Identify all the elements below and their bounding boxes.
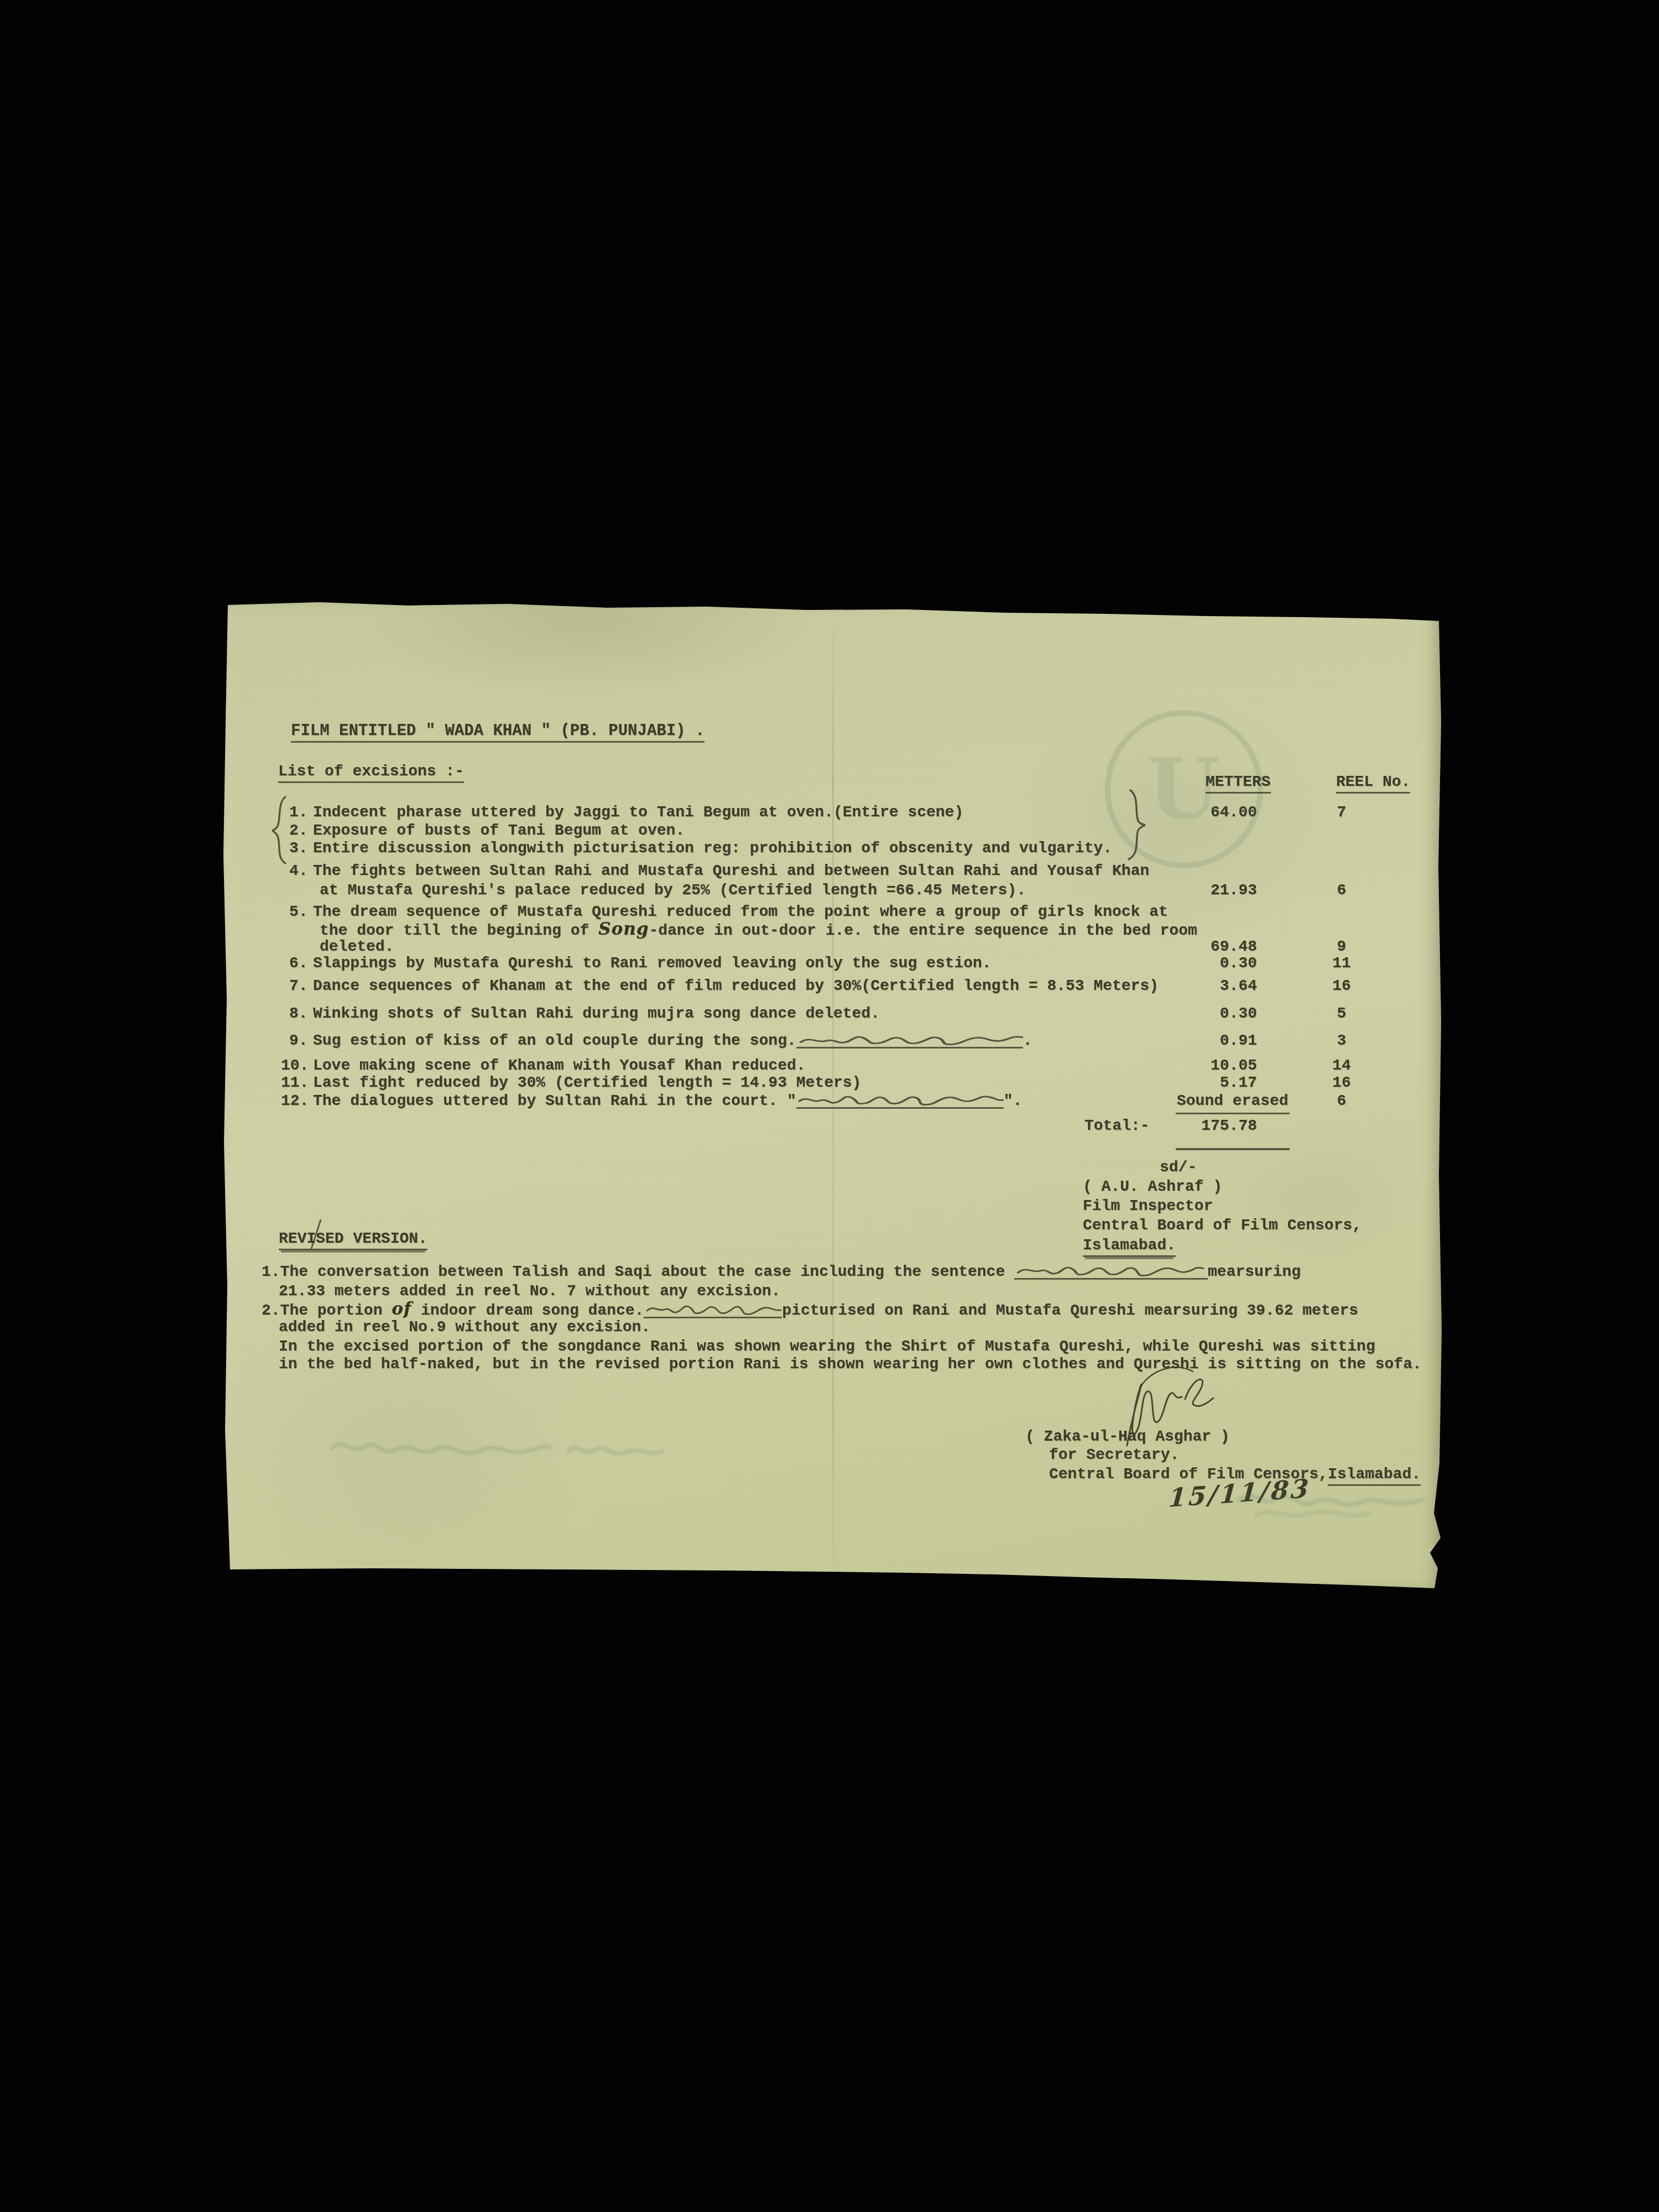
ghost-ink (563, 1436, 674, 1463)
total-label: Total:- (1084, 1117, 1150, 1135)
reel-value: 6 (1319, 1092, 1364, 1110)
excision-item-11: Last fight reduced by 30% (Certified len… (313, 1074, 861, 1092)
excision-item-9: Sug estion of kiss of an old couple duri… (313, 1032, 1032, 1050)
reel-value: 6 (1319, 881, 1364, 900)
revised-para-line-1: In the excised portion of the songdance … (279, 1338, 1375, 1356)
revised-item-2-line-2: added in reel No.9 without any excision. (279, 1318, 650, 1337)
item-number: 1. (289, 804, 308, 822)
excision-item-6: Slappings by Mustafa Qureshi to Rani rem… (313, 954, 992, 973)
item-number: 11. (281, 1074, 309, 1092)
excision-item-7: Dance sequences of Khanam at the end of … (313, 977, 1159, 995)
inspector-sd: sd/- (1160, 1159, 1197, 1177)
meters-value: 0.30 (1155, 1005, 1257, 1023)
col-header-meters: METTERS (1206, 773, 1271, 791)
secretary-role: for Secretary. (1049, 1446, 1179, 1464)
item-number: 4. (289, 862, 308, 880)
meters-value: 3.64 (1155, 977, 1257, 995)
col-header-reel: REEL No. (1336, 773, 1410, 791)
reel-value: 16 (1319, 977, 1364, 995)
ghost-ink (1232, 1474, 1431, 1524)
excision-item-3: Entire discussion alongwith picturisatio… (313, 839, 1112, 858)
excision-item-10: Love making scene of Khanam with Yousaf … (313, 1057, 806, 1075)
revised-item-1-line-1: 1.The conversation between Talish and Sa… (262, 1263, 1301, 1281)
item-number: 3. (289, 839, 308, 858)
reel-value: 11 (1319, 954, 1364, 973)
item-number: 8. (289, 1005, 308, 1023)
page-title: FILM ENTITLED " WADA KHAN " (PB. PUNJABI… (291, 722, 705, 740)
item-number: 6. (289, 954, 308, 973)
revised-item-2-line-1: 2.The portion of indoor dream song dance… (262, 1300, 1358, 1320)
secretary-name: ( Zaka-ul-Haq Asghar ) (1025, 1428, 1230, 1446)
urdu-handwriting (1014, 1264, 1208, 1280)
reel-value-group: 7 (1319, 804, 1364, 822)
meters-value: 0.91 (1155, 1032, 1257, 1050)
revised-item-1-line-2: 21.33 meters added in reel No. 7 without… (279, 1282, 780, 1301)
meters-value-group: 64.00 (1155, 804, 1257, 822)
excision-item-5-line-2: the door till the begining of Song-dance… (320, 920, 1197, 940)
revised-heading: REVISED VERSION. (279, 1230, 427, 1248)
item-number: 2. (289, 822, 308, 840)
meters-value: 10.05 (1155, 1057, 1257, 1075)
item-number: 9. (289, 1032, 308, 1050)
meters-value: 0.30 (1155, 954, 1257, 973)
excision-item-8: Winking shots of Sultan Rahi during mujr… (313, 1005, 880, 1023)
excision-item-2: Exposure of busts of Tani Begum at oven. (313, 822, 685, 840)
meters-value: 21.93 (1155, 881, 1257, 900)
reel-value: 9 (1319, 938, 1364, 956)
item-number: 12. (281, 1092, 309, 1110)
reel-value: 3 (1319, 1032, 1364, 1050)
excision-item-5-line-1: The dream sequence of Mustafa Qureshi re… (313, 903, 1168, 921)
excision-item-12: The dialogues uttered by Sultan Rahi in … (313, 1092, 1022, 1110)
excision-item-4-line-1: The fights between Sultan Rahi and Musta… (313, 862, 1149, 880)
inspector-title: Film Inspector (1083, 1197, 1213, 1215)
handwritten-word-song: Song (598, 919, 649, 939)
urdu-handwriting (796, 1093, 1004, 1109)
item-number: 5. (289, 903, 308, 921)
total-value: 175.78 (1155, 1117, 1257, 1135)
inspector-city: Islamabad. (1083, 1237, 1176, 1255)
reel-value: 5 (1319, 1005, 1364, 1023)
urdu-handwriting (796, 1032, 1023, 1048)
scanned-censor-document: U FILM ENTITLED " WADA KHAN " (PB. PUNJA… (220, 601, 1442, 1596)
ghost-ink (325, 1427, 557, 1466)
meters-value: 69.48 (1155, 938, 1257, 956)
excision-item-1: Indecent pharase uttered by Jaggi to Tan… (313, 804, 963, 822)
total-underline (1176, 1148, 1290, 1150)
total-overline (1176, 1113, 1290, 1114)
sound-erased-value: Sound erased (1177, 1092, 1288, 1110)
inspector-name: ( A.U. Ashraf ) (1083, 1178, 1222, 1196)
inspector-org: Central Board of Film Censors, (1083, 1217, 1361, 1235)
excision-item-5-line-3: deleted. (320, 938, 394, 956)
excision-item-4-line-2: at Mustafa Qureshi's palace reduced by 2… (320, 881, 1026, 900)
reel-value: 16 (1319, 1074, 1364, 1092)
item-number: 10. (281, 1057, 309, 1075)
page-title-text: FILM ENTITLED " WADA KHAN " (PB. PUNJABI… (291, 722, 705, 743)
item-number: 7. (289, 977, 308, 995)
handwritten-word-of: of (392, 1299, 411, 1319)
urdu-handwriting (644, 1302, 782, 1318)
meters-value: 5.17 (1155, 1074, 1257, 1092)
list-heading: List of excisions :- (278, 763, 464, 781)
group-brace-left (271, 795, 290, 865)
reel-value: 14 (1319, 1057, 1364, 1075)
group-brace-right (1126, 789, 1148, 862)
